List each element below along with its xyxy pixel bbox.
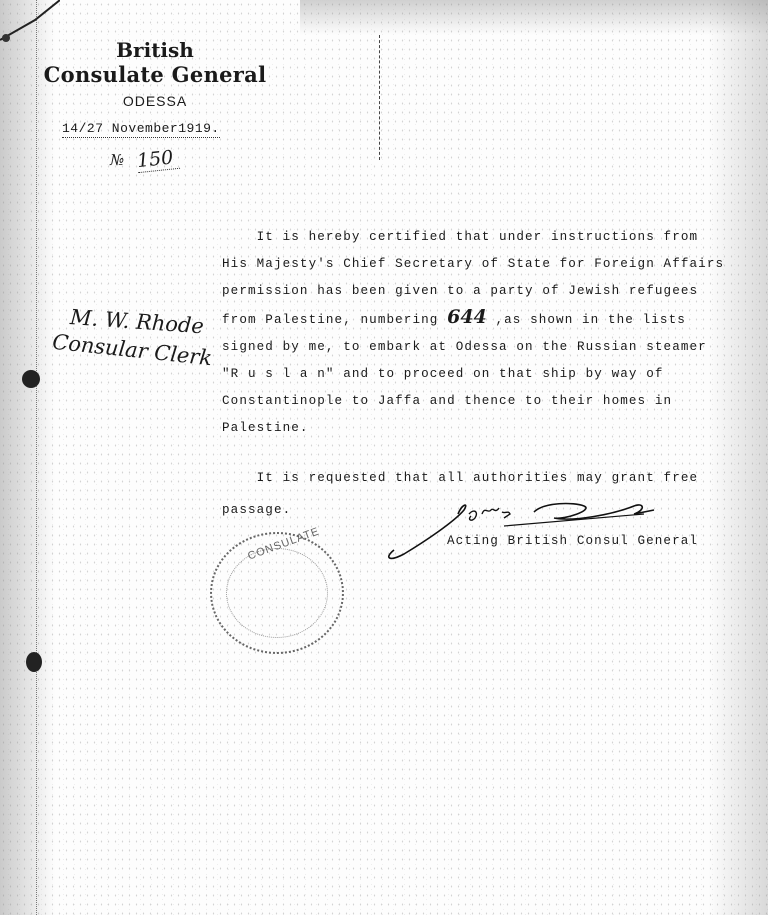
body-line: Constantinople to Jaffa and thence to th… bbox=[222, 388, 762, 415]
letterhead-line1: British bbox=[30, 38, 280, 62]
margin-rule bbox=[36, 0, 37, 915]
body-line: permission has been given to a party of … bbox=[222, 278, 762, 305]
signatory-title: Acting British Consul General bbox=[447, 534, 698, 548]
letterhead-city: ODESSA bbox=[30, 90, 280, 112]
body-line: from Palestine, numbering 644 ,as shown … bbox=[222, 304, 762, 334]
body-line: "R u s l a n" and to proceed on that shi… bbox=[222, 361, 762, 388]
body-line: It is hereby certified that under instru… bbox=[222, 224, 762, 251]
body-line: Palestine. bbox=[222, 415, 762, 442]
certificate-body: It is hereby certified that under instru… bbox=[222, 224, 762, 441]
fold-line bbox=[379, 35, 381, 160]
consular-seal: CONSULATE bbox=[210, 532, 344, 654]
letterhead-line2: Consulate General bbox=[30, 62, 280, 88]
body-line-suffix: ,as shown in the lists bbox=[487, 313, 686, 327]
body-line: His Majesty's Chief Secretary of State f… bbox=[222, 251, 762, 278]
handwritten-count: 644 bbox=[447, 306, 487, 328]
scan-edge-right bbox=[708, 0, 768, 915]
margin-note: M. W. Rhode Consular Clerk bbox=[52, 308, 212, 364]
scan-edge-left bbox=[0, 0, 55, 915]
body-line-prefix: from Palestine, numbering bbox=[222, 313, 447, 327]
punch-hole-icon bbox=[26, 652, 42, 672]
request-line: It is requested that all authorities may… bbox=[222, 462, 698, 494]
letterhead: British Consulate General ODESSA bbox=[30, 38, 280, 112]
body-line: signed by me, to embark at Odessa on the… bbox=[222, 334, 762, 361]
scan-edge-top bbox=[300, 0, 768, 35]
number-sign: № bbox=[110, 151, 124, 169]
punch-hole-icon bbox=[22, 370, 40, 388]
reference-number-value: 150 bbox=[136, 146, 180, 173]
reference-number: № 150 bbox=[110, 148, 179, 171]
signature bbox=[384, 492, 664, 562]
seal-inner-ring bbox=[226, 548, 328, 638]
document-date: 14/27 November1919. bbox=[62, 121, 220, 138]
